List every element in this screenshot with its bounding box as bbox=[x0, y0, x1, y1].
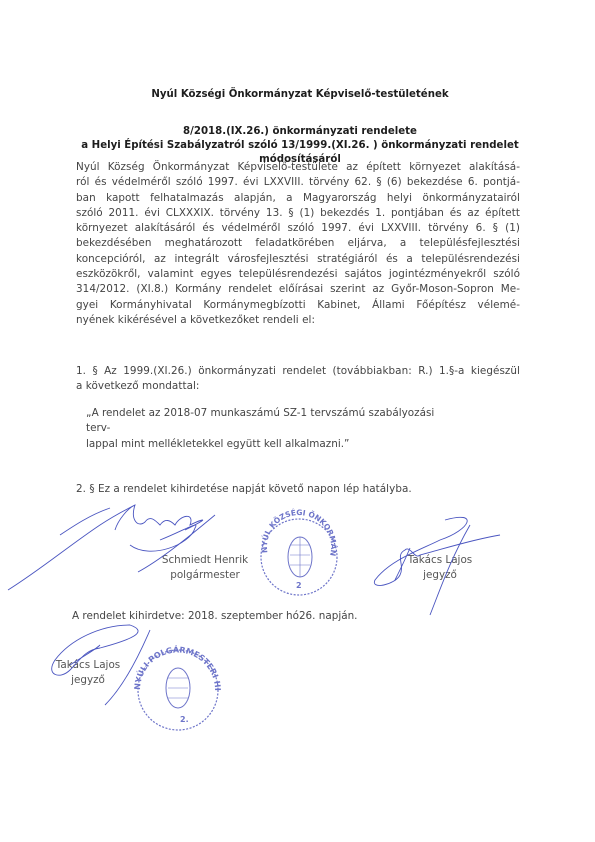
decree-number: 8/2018.(IX.26.) önkormányzati rendelete bbox=[60, 125, 540, 139]
signatory-mayor-role: polgármester bbox=[150, 568, 260, 583]
signatory-notary-promulgation: Takács Lajos jegyző bbox=[48, 658, 128, 688]
promulgation-note: A rendelet kihirdetve: 2018. szeptember … bbox=[72, 610, 357, 622]
preamble-line: koncepcióról, az integrált városfejleszt… bbox=[76, 252, 520, 267]
stamp2-text: NYÚLI POLGÁRMESTERI HIVATAL bbox=[0, 0, 222, 691]
preamble-line: nyének kikérésével a következőket rendel… bbox=[76, 313, 520, 328]
signatory-notary-role: jegyző bbox=[385, 568, 495, 583]
preamble-line: gyei Kormányhivatal Kormánymegbízotti Ka… bbox=[76, 298, 520, 313]
signatory-mayor: Schmiedt Henrik polgármester bbox=[150, 553, 260, 583]
quoted-amendment: „A rendelet az 2018-07 munkaszámú SZ-1 t… bbox=[86, 406, 446, 452]
preamble-line: ban kapott felhatalmazás alapján, a Magy… bbox=[76, 191, 520, 206]
signatory-notary-promulgation-name: Takács Lajos bbox=[48, 658, 128, 673]
signatory-notary-promulgation-role: jegyző bbox=[48, 673, 128, 688]
quote-line: lappal mint mellékletekkel együtt kell a… bbox=[86, 437, 446, 452]
stamp2-number: 2. bbox=[180, 715, 189, 724]
stamp1-number: 2 bbox=[296, 581, 302, 590]
document-page: Nyúl Községi Önkormányzat Képviselő-test… bbox=[0, 0, 595, 842]
signatory-mayor-name: Schmiedt Henrik bbox=[150, 553, 260, 568]
preamble: Nyúl Község Önkormányzat Képviselő-testü… bbox=[76, 160, 520, 328]
section-2: 2. § Ez a rendelet kihirdetése napját kö… bbox=[76, 482, 520, 497]
preamble-line: Nyúl Község Önkormányzat Képviselő-testü… bbox=[76, 160, 520, 175]
preamble-line: eszközökről, valamint egyes településren… bbox=[76, 267, 520, 282]
preamble-line: szóló 2011. évi CLXXXIX. törvény 13. § (… bbox=[76, 206, 520, 221]
council-title: Nyúl Községi Önkormányzat Képviselő-test… bbox=[60, 88, 540, 102]
quote-line: „A rendelet az 2018-07 munkaszámú SZ-1 t… bbox=[86, 406, 446, 437]
section-1: 1. § Az 1999.(XI.26.) önkormányzati rend… bbox=[76, 364, 520, 395]
decree-subject: a Helyi Építési Szabályzatról szóló 13/1… bbox=[60, 139, 540, 153]
preamble-line: bekezdésében meghatározott feladatkörébe… bbox=[76, 236, 520, 251]
signatory-notary-name: Takács Lajos bbox=[385, 553, 495, 568]
signatory-notary: Takács Lajos jegyző bbox=[385, 553, 495, 583]
preamble-line: ról és védelméről szóló 1997. évi LXXVII… bbox=[76, 175, 520, 190]
preamble-line: környezet alakításáról és védelméről szó… bbox=[76, 221, 520, 236]
svg-text:NYÚLI POLGÁRMESTERI HIVATAL: NYÚLI POLGÁRMESTERI HIVATAL bbox=[0, 0, 222, 691]
preamble-line: 314/2012. (XI.8.) Kormány rendelet előír… bbox=[76, 282, 520, 297]
section1-line: 1. § Az 1999.(XI.26.) önkormányzati rend… bbox=[76, 364, 520, 379]
section1-line: a következő mondattal: bbox=[76, 379, 520, 394]
